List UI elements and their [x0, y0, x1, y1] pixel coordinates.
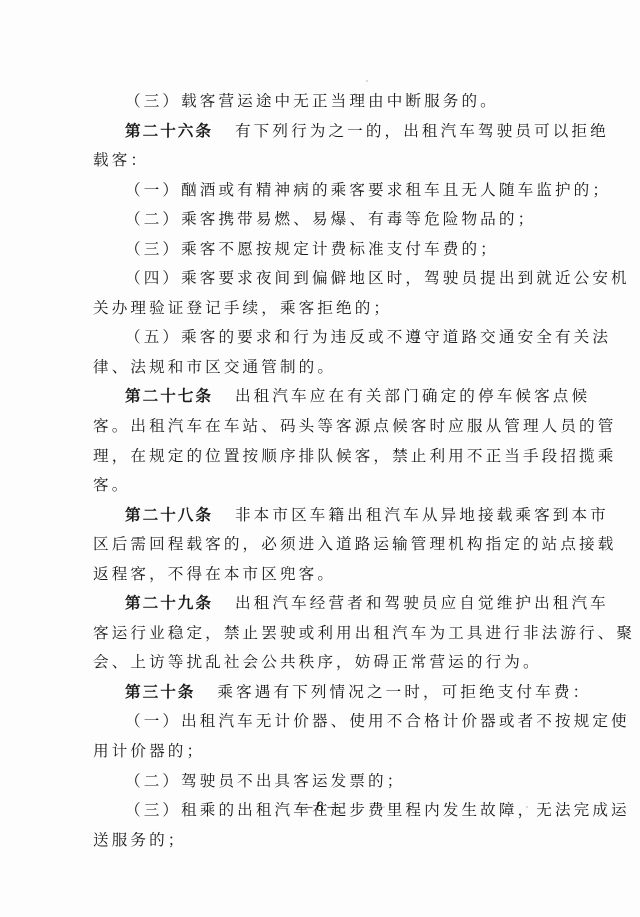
line-text: （二）驾驶员不出具客运发票的； — [125, 772, 405, 790]
text-line: 第二十八条非本市区车籍出租汽车从异地接载乘客到本市 — [93, 501, 559, 531]
line-text: 理，在规定的位置按顺序排队候客，禁止利用不正当手段招揽乘 — [93, 447, 616, 465]
text-line: 第二十七条出租汽车应在有关部门确定的停车候客点候 — [93, 382, 559, 412]
text-line: 区后需回程载客的，必须进入道路运输管理机构指定的站点接载 — [93, 530, 559, 560]
line-text: （三）乘客不愿按规定计费标准支付车费的； — [125, 240, 499, 258]
body-text: （三）载客营运途中无正当理由中断服务的。第二十六条有下列行为之一的，出租汽车驾驶… — [93, 87, 559, 855]
article-number: 第二十九条 — [125, 594, 213, 612]
line-text: （一）酗酒或有精神病的乘客要求租车且无人随车监护的； — [125, 181, 611, 199]
scan-speck — [526, 806, 528, 808]
text-line: 第三十条乘客遇有下列情况之一时，可拒绝支付车费： — [93, 678, 559, 708]
text-line: （三）乘客不愿按规定计费标准支付车费的； — [93, 235, 559, 265]
line-text: 有下列行为之一的，出租汽车驾驶员可以拒绝 — [235, 122, 609, 140]
article-number: 第二十六条 — [125, 122, 213, 140]
text-line: 第二十九条出租汽车经营者和驾驶员应自觉维护出租汽车 — [93, 589, 559, 619]
text-line: （一）出租汽车无计价器、使用不合格计价器或者不按规定使 — [93, 707, 559, 737]
article-number: 第二十七条 — [125, 387, 213, 405]
line-text: 载客： — [93, 151, 149, 169]
line-text: 用计价器的； — [93, 742, 205, 760]
line-text: 出租汽车经营者和驾驶员应自觉维护出租汽车 — [235, 594, 609, 612]
text-line: 律、法规和市区交通管制的。 — [93, 353, 559, 383]
line-text: 客。出租汽车在车站、码头等客源点候客时应服从管理人员的管 — [93, 417, 616, 435]
text-line: 关办理验证登记手续，乘客拒绝的； — [93, 294, 559, 324]
line-text: 非本市区车籍出租汽车从异地接载乘客到本市 — [235, 506, 609, 524]
line-text: 会、上访等扰乱社会公共秩序，妨碍正常营运的行为。 — [93, 653, 542, 671]
text-line: 送服务的； — [93, 826, 559, 856]
line-text: 律、法规和市区交通管制的。 — [93, 358, 336, 376]
line-text: 出租汽车应在有关部门确定的停车候客点候 — [235, 387, 590, 405]
scan-speck — [366, 80, 368, 82]
line-text: （二）乘客携带易燃、易爆、有毒等危险物品的； — [125, 210, 536, 228]
text-line: （五）乘客的要求和行为违反或不遵守道路交通安全有关法 — [93, 323, 559, 353]
text-line: （一）酗酒或有精神病的乘客要求租车且无人随车监护的； — [93, 176, 559, 206]
scan-speck — [383, 806, 385, 808]
text-line: 理，在规定的位置按顺序排队候客，禁止利用不正当手段招揽乘 — [93, 442, 559, 472]
text-line: 会、上访等扰乱社会公共秩序，妨碍正常营运的行为。 — [93, 648, 559, 678]
line-text: 区后需回程载客的，必须进入道路运输管理机构指定的站点接载 — [93, 535, 616, 553]
text-line: 载客： — [93, 146, 559, 176]
text-line: 第二十六条有下列行为之一的，出租汽车驾驶员可以拒绝 — [93, 117, 559, 147]
line-text: 返程客，不得在本市区兜客。 — [93, 565, 336, 583]
line-text: 客运行业稳定，禁止罢驶或利用出租汽车为工具进行非法游行、聚 — [93, 624, 635, 642]
text-line: 客。 — [93, 471, 559, 501]
text-line: （二）驾驶员不出具客运发票的； — [93, 767, 559, 797]
text-line: （三）载客营运途中无正当理由中断服务的。 — [93, 87, 559, 117]
text-line: 客运行业稳定，禁止罢驶或利用出租汽车为工具进行非法游行、聚 — [93, 619, 559, 649]
text-line: 客。出租汽车在车站、码头等客源点候客时应服从管理人员的管 — [93, 412, 559, 442]
line-text: （三）载客营运途中无正当理由中断服务的。 — [125, 92, 499, 110]
text-line: （二）乘客携带易燃、易爆、有毒等危险物品的； — [93, 205, 559, 235]
article-number: 第二十八条 — [125, 506, 213, 524]
line-text: 乘客遇有下列情况之一时，可拒绝支付车费： — [217, 683, 591, 701]
page-number: — 8 — — [0, 799, 640, 816]
line-text: 关办理验证登记手续，乘客拒绝的； — [93, 299, 392, 317]
line-text: （五）乘客的要求和行为违反或不遵守道路交通安全有关法 — [125, 328, 611, 346]
line-text: （一）出租汽车无计价器、使用不合格计价器或者不按规定使 — [125, 712, 630, 730]
text-line: 用计价器的； — [93, 737, 559, 767]
article-number: 第三十条 — [125, 683, 195, 701]
line-text: 送服务的； — [93, 831, 186, 849]
line-text: （四）乘客要求夜间到偏僻地区时，驾驶员提出到就近公安机 — [125, 269, 630, 287]
text-line: 返程客，不得在本市区兜客。 — [93, 560, 559, 590]
document-page: （三）载客营运途中无正当理由中断服务的。第二十六条有下列行为之一的，出租汽车驾驶… — [0, 0, 640, 917]
text-line: （四）乘客要求夜间到偏僻地区时，驾驶员提出到就近公安机 — [93, 264, 559, 294]
line-text: 客。 — [93, 476, 130, 494]
